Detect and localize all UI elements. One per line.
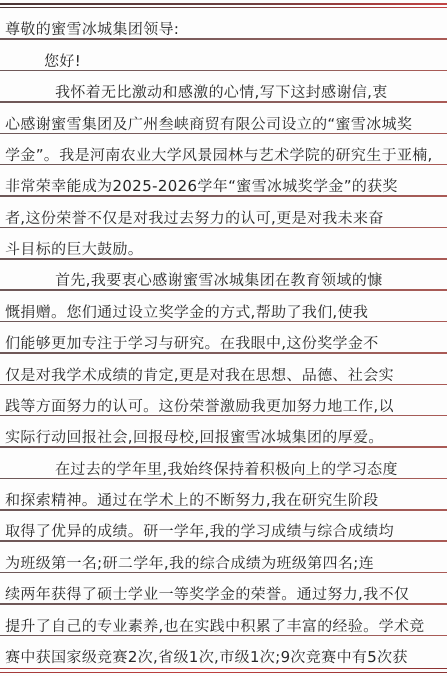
letter-line: 赛中获国家级竞赛2次,省级1次,市级1次;9次竞赛中有5次获 — [0, 636, 447, 667]
letter-line-text: 们能够更加专注于学习与研究。在我眼中,这份奖学金不 — [0, 336, 382, 354]
letter-line-text: 在过去的学年里,我始终保持着积极向上的学习态度 — [0, 462, 401, 480]
letter-line-text: 践等方面努力的认可。这份荣誉激励我更加努力地工作,以 — [0, 399, 397, 417]
letter-line-text: 赛中获国家级竞赛2次,省级1次,市级1次;9次竞赛中有5次获 — [0, 650, 411, 668]
letter-line: 我怀着无比激动和感激的心情,写下这封感谢信,衷 — [0, 71, 447, 102]
letter-line-text: 取得了优异的成绩。研一学年,我的学习成绩与综合成绩均 — [0, 524, 397, 542]
letter-line: 践等方面努力的认可。这份荣誉激励我更加努力地工作,以 — [0, 385, 447, 416]
letter-line: 提升了自己的专业素养,也在实践中积累了丰富的经验。学术竞 — [0, 605, 447, 636]
letter-line-text: 慨捐赠。您们通过设立奖学金的方式,帮助了我们,使我 — [0, 305, 371, 323]
letter-line-text: 和探索精神。通过在学术上的不断努力,我在研究生阶段 — [0, 493, 382, 511]
letter-line-text: 非常荣幸能成为2025-2026学年“蜜雪冰城奖学金”的获奖 — [0, 179, 401, 197]
letter-line: 实际行动回报社会,回报母校,回报蜜雪冰城集团的厚爱。 — [0, 416, 447, 447]
letter-line: 学金”。我是河南农业大学风景园林与艺术学院的研究生于亚楠, — [0, 134, 447, 165]
letter-line: 取得了优异的成绩。研一学年,我的学习成绩与综合成绩均 — [0, 511, 447, 542]
letter-line: 慨捐赠。您们通过设立奖学金的方式,帮助了我们,使我 — [0, 291, 447, 322]
top-rule-line-1 — [0, 3, 447, 5]
letter-line-text: 者,这份荣誉不仅是对我过去努力的认可,更是对我未来奋 — [0, 211, 387, 229]
letter-line: 为班级第一名;研二学年,我的综合成绩为班级第四名;连 — [0, 542, 447, 573]
letter-line: 们能够更加专注于学习与研究。在我眼中,这份奖学金不 — [0, 322, 447, 353]
letter-line: 您好! — [0, 40, 447, 71]
letter-line: 非常荣幸能成为2025-2026学年“蜜雪冰城奖学金”的获奖 — [0, 165, 447, 196]
letter-line-text: 首先,我要衷心感谢蜜雪冰城集团在教育领域的慷 — [0, 273, 386, 291]
letter-line: 者,这份荣誉不仅是对我过去努力的认可,更是对我未来奋 — [0, 197, 447, 228]
letter-body: 尊敬的蜜雪冰城集团领导: 您好! 我怀着无比激动和感激的心情,写下这封感谢信,衷… — [0, 9, 447, 668]
letter-line: 心感谢蜜雪集团及广州叁峡商贸有限公司设立的“蜜雪冰城奖 — [0, 103, 447, 134]
letter-line-text: 续两年获得了硕士学业一等奖学金的荣誉。通过努力,我不仅 — [0, 587, 412, 605]
letter-line: 斗目标的巨大鼓励。 — [0, 228, 447, 259]
letter-line-text: 为班级第一名;研二学年,我的综合成绩为班级第四名;连 — [0, 556, 377, 574]
letter-line: 首先,我要衷心感谢蜜雪冰城集团在教育领域的慷 — [0, 260, 447, 291]
letter-line-text: 斗目标的巨大鼓励。 — [0, 242, 146, 260]
letter-line-text: 尊敬的蜜雪冰城集团领导: — [0, 22, 182, 40]
letter-line-text: 您好! — [0, 54, 84, 72]
letter-page: 尊敬的蜜雪冰城集团领导: 您好! 我怀着无比激动和感激的心情,写下这封感谢信,衷… — [0, 0, 447, 676]
bottom-rule-line-1 — [0, 668, 447, 670]
bottom-rule-line-2 — [0, 672, 447, 674]
letter-line: 在过去的学年里,我始终保持着积极向上的学习态度 — [0, 448, 447, 479]
letter-line: 仅是对我学术成绩的肯定,更是对我在思想、品德、社会实 — [0, 354, 447, 385]
letter-line: 尊敬的蜜雪冰城集团领导: — [0, 9, 447, 40]
letter-line: 续两年获得了硕士学业一等奖学金的荣誉。通过努力,我不仅 — [0, 573, 447, 604]
letter-line-text: 实际行动回报社会,回报母校,回报蜜雪冰城集团的厚爱。 — [0, 430, 387, 448]
letter-line-text: 仅是对我学术成绩的肯定,更是对我在思想、品德、社会实 — [0, 368, 397, 386]
letter-line-text: 提升了自己的专业素养,也在实践中积累了丰富的经验。学术竞 — [0, 619, 428, 637]
letter-line-text: 学金”。我是河南农业大学风景园林与艺术学院的研究生于亚楠, — [0, 148, 436, 166]
letter-line: 和探索精神。通过在学术上的不断努力,我在研究生阶段 — [0, 479, 447, 510]
letter-line-text: 我怀着无比激动和感激的心情,写下这封感谢信,衷 — [0, 85, 391, 103]
letter-line-text: 心感谢蜜雪集团及广州叁峡商贸有限公司设立的“蜜雪冰城奖 — [0, 117, 415, 135]
